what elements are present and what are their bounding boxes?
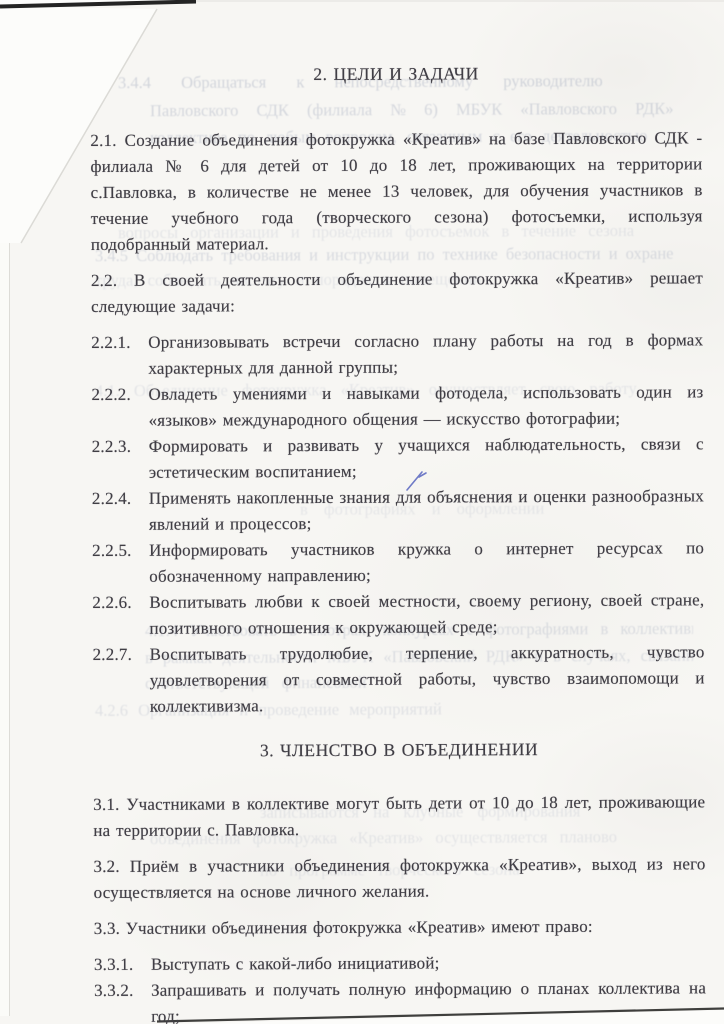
paragraph: 3.3. Участники объединения фотокружка «К… (94, 913, 706, 942)
item-number: 2.2.3. (92, 434, 132, 460)
list-item: 2.2.4.Применять накопленные знания для о… (92, 483, 704, 538)
item-number: 2.2.7. (93, 642, 133, 668)
list-item: 2.2.3.Формировать и развивать у учащихся… (92, 431, 704, 486)
scanned-document-page: 3.4.4 Обращаться к непосредственному рук… (0, 0, 724, 1024)
item-number: 2.2.4. (92, 486, 132, 512)
item-number: 2.2.5. (92, 538, 132, 564)
item-text: Воспитывать любви к своей местности, сво… (149, 590, 704, 637)
paragraph: 2.2. В своей деятельности объединение фо… (91, 265, 703, 320)
list-item: 2.2.5.Информировать участников кружка о … (92, 535, 704, 590)
list-item: 3.3.1.Выступать с какой-либо инициативой… (94, 949, 706, 978)
item-number: 2.2.1. (91, 330, 131, 356)
list-item: 2.2.7.Воспитывать трудолюбие, терпение, … (93, 639, 705, 720)
item-number: 2.2.2. (91, 382, 131, 408)
paragraph: 3.2. Приём в участники объединения фоток… (93, 851, 705, 906)
item-text: Информировать участников кружка о интерн… (149, 538, 704, 585)
item-number: 2.2.6. (92, 590, 132, 616)
item-text: Выступать с какой-либо инициативой; (151, 953, 440, 973)
paragraph: 3.1. Участниками в коллективе могут быть… (93, 789, 705, 844)
list-item: 2.2.6.Воспитывать любви к своей местност… (92, 587, 704, 642)
item-text: Воспитывать трудолюбие, терпение, аккура… (150, 642, 705, 715)
item-number: 3.3.1. (94, 952, 134, 978)
section-heading: 3. ЧЛЕНСТВО В ОБЪЕДИНЕНИИ (93, 735, 705, 764)
item-number: 3.3.2. (94, 978, 134, 1004)
document-text: 2. ЦЕЛИ И ЗАДАЧИ2.1. Создание объединени… (90, 59, 706, 1024)
list-item: 3.3.2.Запрашивать и получать полную инфо… (94, 975, 706, 1024)
section-heading: 2. ЦЕЛИ И ЗАДАЧИ (90, 59, 702, 88)
list-item: 2.2.2.Овладеть умениями и навыками фотод… (91, 379, 703, 434)
paragraph: 2.1. Создание объединения фотокружка «Кр… (90, 125, 703, 258)
list-item: 2.2.1.Организовывать встречи согласно пл… (91, 327, 703, 382)
item-text: Запрашивать и получать полную информацию… (151, 978, 706, 1024)
item-text: Организовывать встречи согласно плану ра… (148, 330, 703, 377)
item-text: Овладеть умениями и навыками фотодела, и… (148, 382, 703, 429)
pen-mark (403, 466, 437, 496)
